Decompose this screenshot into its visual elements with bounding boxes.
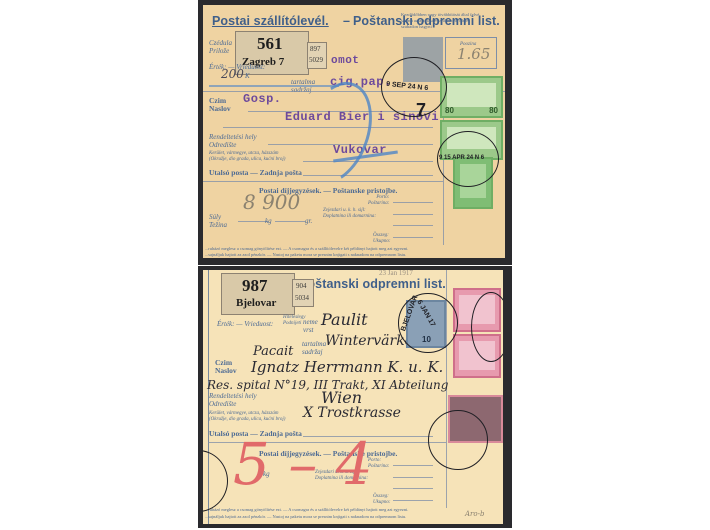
stamp-value: 80 [445,106,454,115]
handwritten-contents-1: Paulit [321,310,368,329]
label-district: Kerület, vármegye, utcza, házszám (Okruž… [209,151,285,163]
registration-number: 561 [257,34,283,54]
postmark-bjelovar-2 [471,292,503,362]
handwritten-address-1: Pacait [253,344,293,359]
divider [393,214,433,215]
postmark-bjelovar-4 [203,450,228,512]
divider [275,221,305,222]
footer-instructions-1: ...ruházó meglesz a csomag gönyölítése e… [205,506,408,513]
postmark-lower-date: 9 15 APR 24 N 6 [439,155,484,161]
handwritten-weight: 8 900 [243,190,300,214]
divider [393,500,433,501]
top-card-title-sep: – [343,14,350,28]
divider [238,221,268,222]
registration-side: 897 5029 [307,42,327,69]
divider [393,477,433,478]
label-weight: Súly Težina [209,213,227,229]
registration-label: 987 Bjelovar [221,273,295,315]
label-district: Kerület, vármegye, utcza, házszám (Okruž… [209,411,285,423]
label-total: Összeg: Ukupno: [373,494,391,506]
top-right-note: Kezdődőbben vagy tövábbítását által felv… [401,12,479,30]
handwritten-value: 200 [221,67,244,81]
bottom-date-note: 23 Jan 1917 [379,270,413,276]
registration-side: 904 5034 [292,279,314,307]
bottom-card-title-hr: Poštanski odpremni list. [299,277,446,291]
postmark-bjelovar-3 [428,410,488,470]
label-address: Czim Naslov [209,97,231,113]
footer-instructions-2: ...sajnáljuk hajtott az azol pénzkör. — … [205,251,406,258]
label-sender: Czédula Prilože [209,39,232,55]
handwritten-district: X Trostkrasse [303,405,401,421]
divider [393,225,433,226]
bottom-parcel-card: Poštanski odpremni list. 23 Jan 1917 987… [203,270,503,524]
value-unit: K [245,72,250,80]
typed-address-1: Gosp. [243,92,282,106]
label-destination: Rendeltetési hely Odredište [209,392,257,408]
label-kg: kg [265,217,272,225]
stamp-80-parliament-1: 80 80 [440,76,503,118]
postmark-office-number: 7 [416,100,426,121]
handwritten-address-2: Ignatz Herrmann K. u. K. [251,358,443,376]
registration-side-top: 897 [310,45,321,53]
label-address: Czim Naslov [215,359,237,375]
top-parcel-card: Postai szállítólevél. – Poštanski odprem… [203,5,505,258]
divider [393,488,433,489]
label-gr: gr. [305,217,312,225]
divider [393,465,433,466]
label-destination: Rendeltetési hely Odredište [209,133,257,149]
label-total: Összeg: Ukupno: [373,233,391,245]
blue-ink-stroke [209,85,339,87]
registration-number: 987 [242,276,268,296]
label-nature: neme vrst [303,318,318,334]
registration-side-bottom: 5034 [295,294,309,302]
divider [393,202,433,203]
registration-side-bottom: 5029 [309,56,323,64]
stamp-value: 80 [489,106,498,115]
footer-instructions-2: ...sajnáljuk hajtott az azol pénzkör. — … [205,513,406,520]
divider [393,237,433,238]
red-crayon-marks: 5 – 4 [233,430,373,498]
label-value: Érték: — Vrieduost: [217,320,273,328]
label-content: tartalma sadržaj [302,340,326,356]
corner-note: Aro-b [465,510,484,518]
label-delivery-post: Utalsó posta — Zadnja pošta [209,169,302,177]
registration-office: Bjelovar [236,297,276,309]
registration-side-top: 904 [296,282,307,290]
top-card-title-hu: Postai szállítólevél. [212,14,329,28]
typed-contents-1: omot [331,55,359,67]
handwritten-postage: 1.65 [457,45,490,63]
label-remaining: Zvjezdari u. k. h. sijl: Doplatnina ili … [323,208,376,220]
label-porto: Porto: Poštarina: [368,195,389,207]
